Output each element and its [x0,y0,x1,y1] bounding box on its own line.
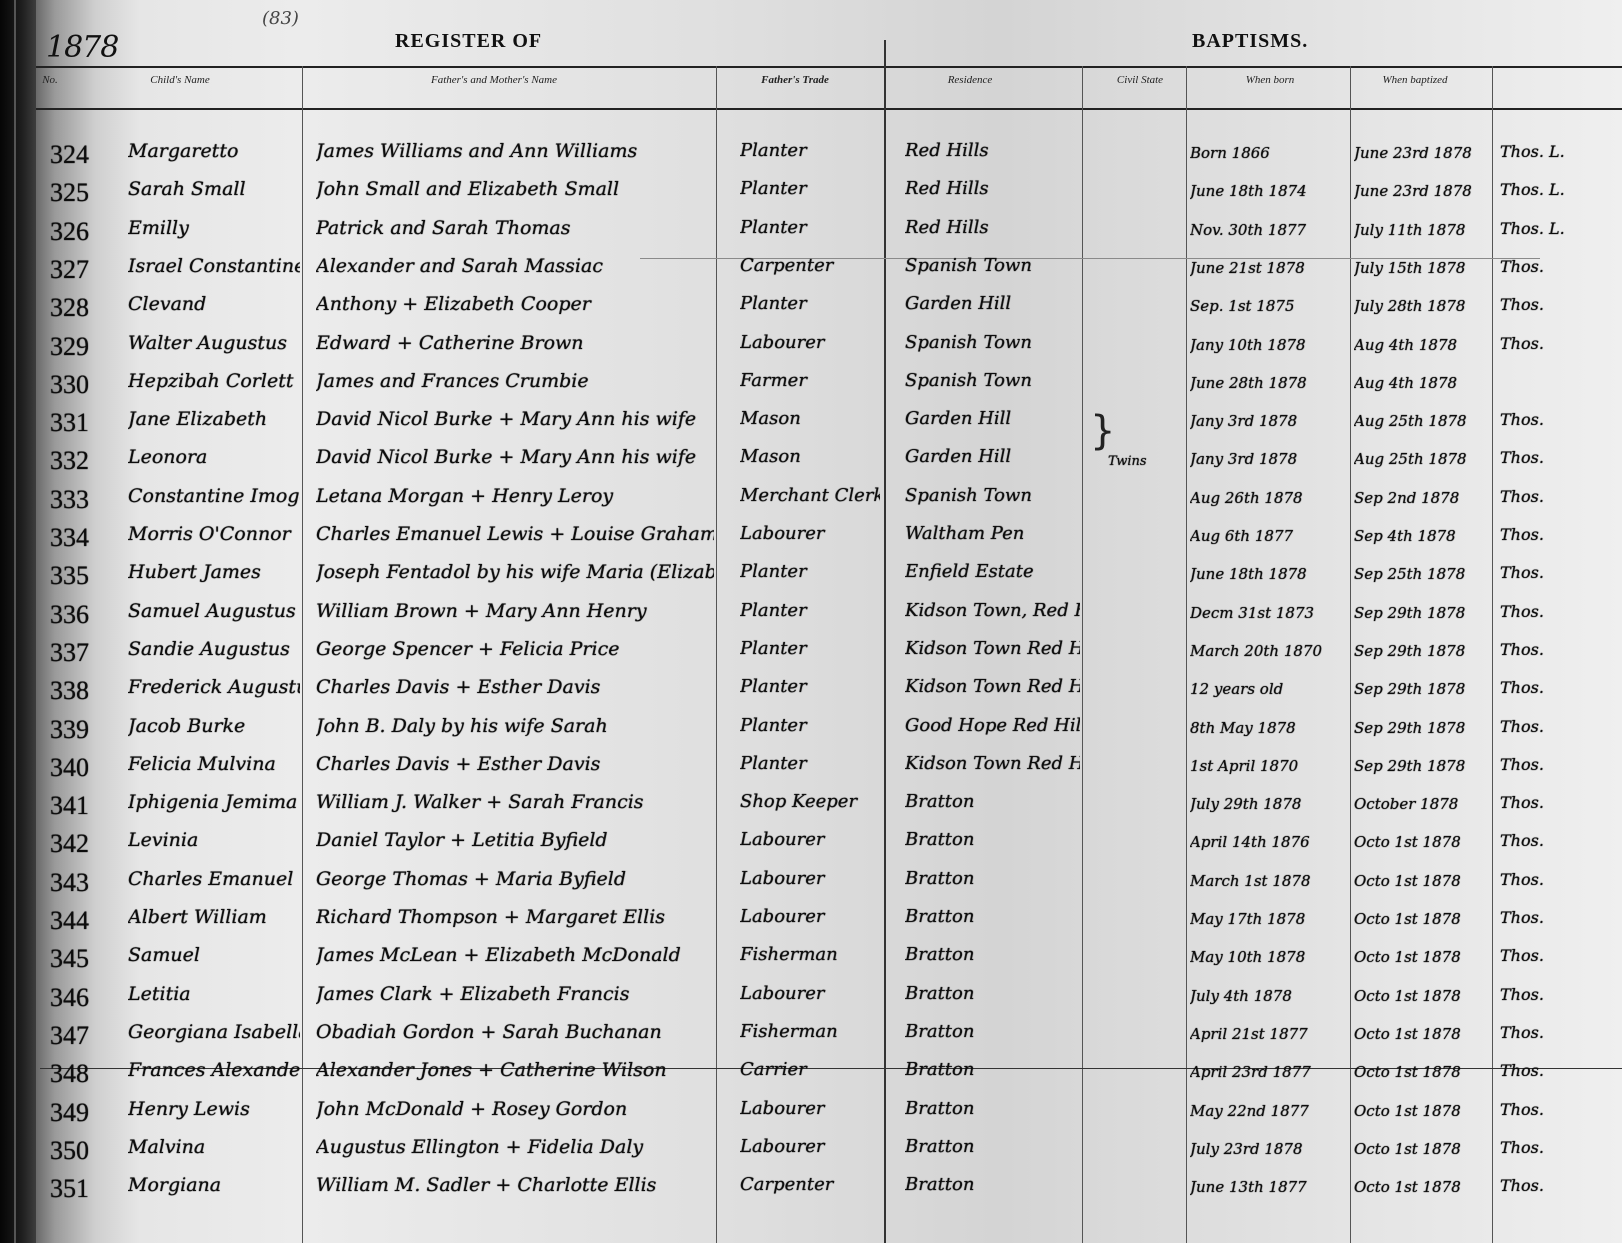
parents-names: David Nicol Burke + Mary Ann his wife [316,446,714,468]
date-baptized: Sep 29th 1878 [1354,642,1494,660]
date-born: May 17th 1878 [1190,910,1350,928]
entry-number: 344 [50,906,122,936]
child-name: Leonora [128,446,300,468]
parents-names: Richard Thompson + Margaret Ellis [316,906,714,928]
entry-number: 325 [50,178,122,208]
date-baptized: Octo 1st 1878 [1354,948,1494,966]
parents-names: William J. Walker + Sarah Francis [316,791,714,813]
father-trade: Mason [740,446,880,467]
entry-number: 337 [50,638,122,668]
residence: Red Hills [905,178,1080,199]
father-trade: Merchant Clerk [740,485,880,506]
date-baptized: Sep 29th 1878 [1354,604,1494,622]
register-entry: 334 Morris O'Connor Charles Emanuel Lewi… [0,523,1622,561]
parents-names: John Small and Elizabeth Small [316,178,714,200]
parents-names: Augustus Ellington + Fidelia Daly [316,1136,714,1158]
residence: Bratton [905,868,1080,889]
register-entry: 326 Emilly Patrick and Sarah Thomas Plan… [0,217,1622,255]
father-trade: Shop Keeper [740,791,880,812]
register-entry: 349 Henry Lewis John McDonald + Rosey Go… [0,1098,1622,1136]
father-trade: Labourer [740,332,880,353]
register-entry: 345 Samuel James McLean + Elizabeth McDo… [0,944,1622,982]
parents-names: Patrick and Sarah Thomas [316,217,714,239]
register-entry: 337 Sandie Augustus George Spencer + Fel… [0,638,1622,676]
father-trade: Planter [740,178,880,199]
minister: Thos. [1500,563,1622,582]
register-entry: 341 Iphigenia Jemima William J. Walker +… [0,791,1622,829]
minister: Thos. [1500,717,1622,736]
minister: Thos. [1500,1061,1622,1080]
parents-names: James Williams and Ann Williams [316,140,714,162]
child-name: Hubert James [128,561,300,583]
minister: Thos. [1500,1176,1622,1195]
date-born: March 1st 1878 [1190,872,1350,890]
date-baptized: July 28th 1878 [1354,297,1494,315]
parents-names: Letana Morgan + Henry Leroy [316,485,714,507]
minister: Thos. [1500,1100,1622,1119]
date-baptized: Octo 1st 1878 [1354,1102,1494,1120]
child-name: Israel Constantine [128,255,300,277]
date-baptized: July 11th 1878 [1354,221,1494,239]
register-entry: 347 Georgiana Isabella Obadiah Gordon + … [0,1021,1622,1059]
register-entry: 344 Albert William Richard Thompson + Ma… [0,906,1622,944]
parents-names: George Spencer + Felicia Price [316,638,714,660]
residence: Bratton [905,944,1080,965]
parents-names: Charles Emanuel Lewis + Louise Graham [316,523,714,545]
date-born: June 18th 1878 [1190,565,1350,583]
date-born: Sep. 1st 1875 [1190,297,1350,315]
father-trade: Planter [740,715,880,736]
residence: Kidson Town Red Hills [905,676,1080,697]
date-born: May 22nd 1877 [1190,1102,1350,1120]
register-entry: 339 Jacob Burke John B. Daly by his wife… [0,715,1622,753]
child-name: Morgiana [128,1174,300,1196]
date-born: April 14th 1876 [1190,833,1350,851]
residence: Red Hills [905,140,1080,161]
father-trade: Labourer [740,829,880,850]
page-number-mark: (83) [262,8,299,29]
date-baptized: Aug 25th 1878 [1354,412,1494,430]
header-when-born: When born [1246,74,1295,86]
residence: Spanish Town [905,370,1080,391]
register-entry: 330 Hepzibah Corlett James and Frances C… [0,370,1622,408]
entry-number: 347 [50,1021,122,1051]
father-trade: Planter [740,676,880,697]
child-name: Samuel Augustus [128,600,300,622]
father-trade: Carrier [740,1059,880,1080]
date-baptized: June 23rd 1878 [1354,182,1494,200]
child-name: Morris O'Connor [128,523,300,545]
minister: Thos. [1500,487,1622,506]
register-entry: 342 Levinia Daniel Taylor + Letitia Byfi… [0,829,1622,867]
minister: Thos. [1500,831,1622,850]
date-baptized: Octo 1st 1878 [1354,1178,1494,1196]
date-baptized: Octo 1st 1878 [1354,833,1494,851]
date-baptized: Sep 29th 1878 [1354,680,1494,698]
child-name: Albert William [128,906,300,928]
register-entry: 327 Israel Constantine Alexander and Sar… [0,255,1622,293]
parents-names: John B. Daly by his wife Sarah [316,715,714,737]
child-name: Sandie Augustus [128,638,300,660]
parents-names: Alexander Jones + Catherine Wilson [316,1059,714,1081]
residence: Good Hope Red Hills [905,715,1080,736]
register-entry: 324 Margaretto James Williams and Ann Wi… [0,140,1622,178]
entry-number: 343 [50,868,122,898]
father-trade: Planter [740,140,880,161]
date-born: Jany 10th 1878 [1190,336,1350,354]
residence: Garden Hill [905,293,1080,314]
child-name: Frederick Augustus [128,676,300,698]
date-born: April 21st 1877 [1190,1025,1350,1043]
parents-names: Joseph Fentadol by his wife Maria (Eliza… [316,561,714,583]
residence: Kidson Town Red Hills [905,638,1080,659]
parents-names: Charles Davis + Esther Davis [316,753,714,775]
date-born: Jany 3rd 1878 [1190,412,1350,430]
minister: Thos. [1500,985,1622,1004]
register-year: 1878 [46,30,118,65]
child-name: Henry Lewis [128,1098,300,1120]
entry-number: 327 [50,255,122,285]
date-baptized: Sep 29th 1878 [1354,757,1494,775]
header-child-name: Child's Name [150,74,210,86]
entry-number: 326 [50,217,122,247]
register-entry: 332 Leonora David Nicol Burke + Mary Ann… [0,446,1622,484]
entry-number: 335 [50,561,122,591]
date-born: Decm 31st 1873 [1190,604,1350,622]
child-name: Felicia Mulvina [128,753,300,775]
date-baptized: Sep 25th 1878 [1354,565,1494,583]
minister: Thos. [1500,946,1622,965]
father-trade: Mason [740,408,880,429]
minister: Thos. L. [1500,219,1622,238]
child-name: Letitia [128,983,300,1005]
date-baptized: Aug 4th 1878 [1354,336,1494,354]
header-bottom-rule [36,108,1622,110]
father-trade: Planter [740,638,880,659]
register-entry: 350 Malvina Augustus Ellington + Fidelia… [0,1136,1622,1174]
minister: Thos. [1500,1138,1622,1157]
date-baptized: Octo 1st 1878 [1354,1063,1494,1081]
header-when-baptized: When baptized [1382,74,1447,86]
residence: Kidson Town, Red Hills [905,600,1080,621]
father-trade: Carpenter [740,1174,880,1195]
entry-number: 342 [50,829,122,859]
date-born: June 18th 1874 [1190,182,1350,200]
date-born: 1st April 1870 [1190,757,1350,775]
parents-names: Obadiah Gordon + Sarah Buchanan [316,1021,714,1043]
child-name: Malvina [128,1136,300,1158]
date-baptized: Octo 1st 1878 [1354,1025,1494,1043]
residence: Kidson Town Red Hills [905,753,1080,774]
entry-number: 346 [50,983,122,1013]
date-born: 12 years old [1190,680,1350,698]
residence: Bratton [905,791,1080,812]
residence: Spanish Town [905,255,1080,276]
header-top-rule [36,66,1622,68]
entry-number: 348 [50,1059,122,1089]
entry-number: 336 [50,600,122,630]
father-trade: Fisherman [740,944,880,965]
title-baptisms: BAPTISMS. [1192,30,1308,53]
date-born: June 21st 1878 [1190,259,1350,277]
entry-number: 339 [50,715,122,745]
residence: Bratton [905,1021,1080,1042]
minister: Thos. [1500,640,1622,659]
minister: Thos. L. [1500,180,1622,199]
residence: Spanish Town [905,332,1080,353]
minister: Thos. [1500,525,1622,544]
child-name: Charles Emanuel [128,868,300,890]
entry-number: 345 [50,944,122,974]
date-born: April 23rd 1877 [1190,1063,1350,1081]
entry-number: 349 [50,1098,122,1128]
parents-names: Alexander and Sarah Massiac [316,255,714,277]
register-page: 1878 (83) REGISTER OF BAPTISMS. No. Chil… [0,0,1622,1243]
date-born: Aug 6th 1877 [1190,527,1350,545]
register-entry: 331 Jane Elizabeth David Nicol Burke + M… [0,408,1622,446]
father-trade: Labourer [740,906,880,927]
residence: Bratton [905,1059,1080,1080]
minister: Thos. [1500,908,1622,927]
header-residence: Residence [948,74,993,86]
residence: Bratton [905,1136,1080,1157]
residence: Garden Hill [905,446,1080,467]
header-civil-state: Civil State [1117,74,1163,86]
child-name: Constantine Imogen [128,485,300,507]
civil-state: Twins [1108,454,1178,469]
child-name: Iphigenia Jemima [128,791,300,813]
date-born: Aug 26th 1878 [1190,489,1350,507]
date-born: June 28th 1878 [1190,374,1350,392]
child-name: Frances Alexander [128,1059,300,1081]
father-trade: Planter [740,753,880,774]
parents-names: James McLean + Elizabeth McDonald [316,944,714,966]
father-trade: Planter [740,561,880,582]
child-name: Jacob Burke [128,715,300,737]
entry-number: 334 [50,523,122,553]
date-born: 8th May 1878 [1190,719,1350,737]
child-name: Hepzibah Corlett [128,370,300,392]
register-entry: 338 Frederick Augustus Charles Davis + E… [0,676,1622,714]
date-born: Nov. 30th 1877 [1190,221,1350,239]
father-trade: Labourer [740,1098,880,1119]
minister: Thos. [1500,448,1622,467]
date-baptized: Aug 4th 1878 [1354,374,1494,392]
father-trade: Farmer [740,370,880,391]
date-baptized: Aug 25th 1878 [1354,450,1494,468]
residence: Bratton [905,983,1080,1004]
date-born: June 13th 1877 [1190,1178,1350,1196]
entry-number: 333 [50,485,122,515]
header-no: No. [42,74,58,86]
residence: Enfield Estate [905,561,1080,582]
child-name: Walter Augustus [128,332,300,354]
father-trade: Carpenter [740,255,880,276]
father-trade: Planter [740,600,880,621]
child-name: Clevand [128,293,300,315]
date-baptized: July 15th 1878 [1354,259,1494,277]
parents-names: Anthony + Elizabeth Cooper [316,293,714,315]
child-name: Emilly [128,217,300,239]
header-parents: Father's and Mother's Name [431,74,557,86]
date-baptized: Octo 1st 1878 [1354,1140,1494,1158]
minister: Thos. [1500,793,1622,812]
register-entry: 335 Hubert James Joseph Fentadol by his … [0,561,1622,599]
title-register-of: REGISTER OF [395,30,542,53]
parents-names: William Brown + Mary Ann Henry [316,600,714,622]
minister: Thos. [1500,870,1622,889]
date-baptized: Sep 29th 1878 [1354,719,1494,737]
child-name: Samuel [128,944,300,966]
father-trade: Labourer [740,1136,880,1157]
minister: Thos. [1500,1023,1622,1042]
parents-names: James Clark + Elizabeth Francis [316,983,714,1005]
entry-number: 341 [50,791,122,821]
parents-names: Charles Davis + Esther Davis [316,676,714,698]
residence: Bratton [905,1174,1080,1195]
date-born: Jany 3rd 1878 [1190,450,1350,468]
entry-number: 340 [50,753,122,783]
residence: Garden Hill [905,408,1080,429]
parents-names: James and Frances Crumbie [316,370,714,392]
date-born: March 20th 1870 [1190,642,1350,660]
minister: Thos. [1500,334,1622,353]
residence: Bratton [905,1098,1080,1119]
date-baptized: October 1878 [1354,795,1494,813]
entry-number: 331 [50,408,122,438]
child-name: Jane Elizabeth [128,408,300,430]
date-born: Born 1866 [1190,144,1350,162]
parents-names: John McDonald + Rosey Gordon [316,1098,714,1120]
entry-number: 328 [50,293,122,323]
entry-number: 338 [50,676,122,706]
minister: Thos. L. [1500,142,1622,161]
residence: Spanish Town [905,485,1080,506]
parents-names: George Thomas + Maria Byfield [316,868,714,890]
residence: Bratton [905,906,1080,927]
parents-names: David Nicol Burke + Mary Ann his wife [316,408,714,430]
parents-names: Edward + Catherine Brown [316,332,714,354]
entry-number: 329 [50,332,122,362]
date-born: July 23rd 1878 [1190,1140,1350,1158]
date-born: July 29th 1878 [1190,795,1350,813]
date-baptized: Octo 1st 1878 [1354,910,1494,928]
residence: Waltham Pen [905,523,1080,544]
minister: Thos. [1500,678,1622,697]
date-born: July 4th 1878 [1190,987,1350,1005]
register-entry: 333 Constantine Imogen Letana Morgan + H… [0,485,1622,523]
entry-number: 324 [50,140,122,170]
father-trade: Labourer [740,523,880,544]
parents-names: William M. Sadler + Charlotte Ellis [316,1174,714,1196]
register-entry: 351 Morgiana William M. Sadler + Charlot… [0,1174,1622,1212]
register-entry: 329 Walter Augustus Edward + Catherine B… [0,332,1622,370]
entry-number: 330 [50,370,122,400]
minister: Thos. [1500,295,1622,314]
entry-number: 332 [50,446,122,476]
date-born: May 10th 1878 [1190,948,1350,966]
minister: Thos. [1500,602,1622,621]
date-baptized: Sep 4th 1878 [1354,527,1494,545]
minister: Thos. [1500,410,1622,429]
father-trade: Labourer [740,868,880,889]
child-name: Sarah Small [128,178,300,200]
minister: Thos. [1500,257,1622,276]
entry-number: 350 [50,1136,122,1166]
residence: Bratton [905,829,1080,850]
father-trade: Fisherman [740,1021,880,1042]
date-baptized: Octo 1st 1878 [1354,987,1494,1005]
register-entry: 346 Letitia James Clark + Elizabeth Fran… [0,983,1622,1021]
register-entry: 328 Clevand Anthony + Elizabeth Cooper P… [0,293,1622,331]
father-trade: Planter [740,293,880,314]
father-trade: Planter [740,217,880,238]
header-trade: Father's Trade [761,74,829,86]
entry-number: 351 [50,1174,122,1204]
father-trade: Labourer [740,983,880,1004]
date-baptized: June 23rd 1878 [1354,144,1494,162]
child-name: Margaretto [128,140,300,162]
date-baptized: Octo 1st 1878 [1354,872,1494,890]
register-entry: 340 Felicia Mulvina Charles Davis + Esth… [0,753,1622,791]
register-entry: 348 Frances Alexander Alexander Jones + … [0,1059,1622,1097]
register-entry: 343 Charles Emanuel George Thomas + Mari… [0,868,1622,906]
register-entry: 325 Sarah Small John Small and Elizabeth… [0,178,1622,216]
child-name: Levinia [128,829,300,851]
minister: Thos. [1500,755,1622,774]
child-name: Georgiana Isabella [128,1021,300,1043]
register-entry: 336 Samuel Augustus William Brown + Mary… [0,600,1622,638]
date-baptized: Sep 2nd 1878 [1354,489,1494,507]
residence: Red Hills [905,217,1080,238]
parents-names: Daniel Taylor + Letitia Byfield [316,829,714,851]
